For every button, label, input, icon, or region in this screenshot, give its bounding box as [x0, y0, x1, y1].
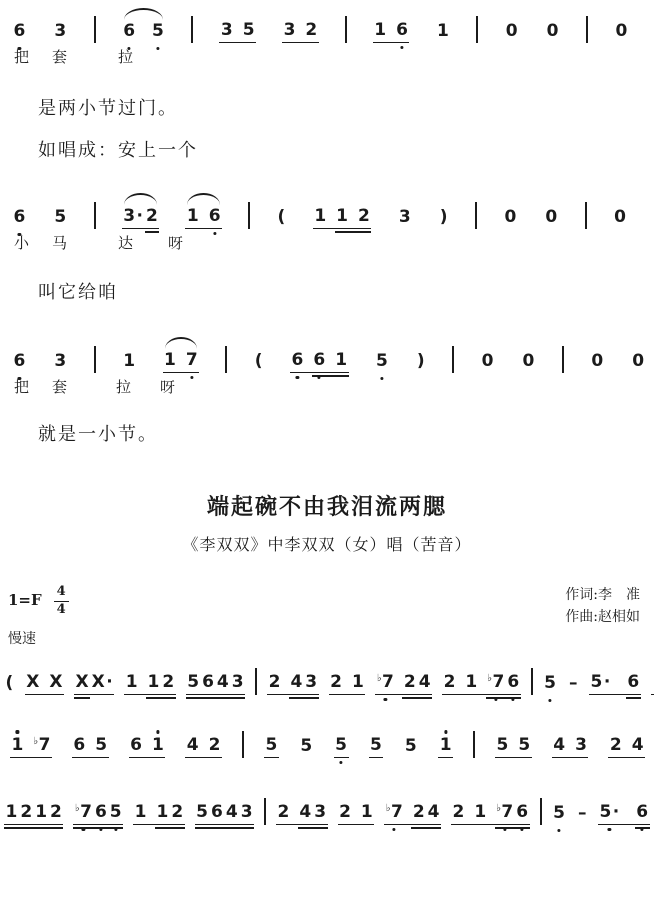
octave-dot-below — [384, 698, 387, 701]
note-number: ♭7 — [375, 674, 395, 691]
song-subtitle: 《李双双》中李双双（女）唱（苦音） — [0, 532, 654, 555]
beam-group: 21 — [338, 802, 375, 825]
note-number: 2 — [304, 22, 319, 39]
note-group: 5 — [53, 207, 68, 229]
note-glyph: 4 — [428, 802, 440, 822]
note-glyph: 5 — [591, 672, 603, 692]
note-glyph: 1 — [164, 350, 176, 370]
beam-group: 1 — [435, 21, 450, 43]
note-glyph: 6 — [73, 735, 85, 755]
note-number: 6 — [12, 209, 27, 226]
barline — [264, 798, 266, 825]
note-glyph: 1 — [314, 206, 326, 226]
note-group: 3·2 — [122, 206, 160, 229]
note-group: ) — [438, 207, 449, 229]
octave-dot-below — [494, 698, 497, 701]
note-glyph: 6 — [211, 802, 223, 822]
note-group: 243 — [267, 672, 319, 695]
time-signature-denominator: 4 — [57, 602, 66, 618]
note-number: ♭7 — [73, 804, 93, 821]
note-number: ) — [415, 353, 426, 370]
note-glyph: ) — [417, 351, 425, 371]
note-glyph: 4 — [419, 672, 431, 692]
note-number: 2 — [276, 804, 291, 821]
note-number: 5 — [299, 738, 314, 755]
note-glyph: 0 — [523, 351, 535, 371]
beam-group: ♭76 — [486, 672, 521, 695]
octave-dot-above — [444, 730, 447, 733]
note-group: ♭765 — [73, 802, 123, 825]
note-glyph: 6 — [292, 350, 304, 370]
barline — [94, 346, 96, 373]
note-number: 3 — [239, 804, 254, 821]
note-glyph: 5 — [497, 735, 509, 755]
beam-group: ) — [438, 207, 449, 229]
note-group: 5 — [543, 673, 558, 695]
time-signature-numerator: 4 — [54, 585, 69, 602]
note-number: 4 — [552, 737, 567, 754]
beam-group: 43 — [552, 735, 589, 758]
beam-group: 3 — [397, 207, 412, 229]
note-number: 5 — [552, 805, 567, 822]
note-number: 5 — [517, 737, 532, 754]
note-number: 5 — [369, 737, 384, 754]
note-glyph: 5 — [300, 736, 312, 756]
note-glyph: 5 — [95, 735, 107, 755]
beam-group: 5 — [375, 351, 390, 373]
note-group: ( — [253, 351, 264, 373]
octave-dot-below — [114, 828, 117, 831]
beam-group: 5· — [598, 802, 635, 825]
explanation-paragraph-2: 如唱成：安上一个 — [0, 136, 654, 162]
beam-group: 3· — [122, 206, 145, 229]
note-group: 0 — [521, 351, 536, 373]
note-number: 5 — [241, 22, 256, 39]
beam-group: 43 — [289, 672, 319, 695]
note-number: 5· — [589, 674, 612, 691]
note-glyph: 0 — [504, 207, 516, 227]
note-number: 1 — [185, 208, 200, 225]
beam-group: 0 — [614, 21, 629, 43]
intro-staff-3: 63117(6615)0000 — [0, 330, 654, 373]
note-number: 1 — [4, 804, 19, 821]
note-number: ) — [438, 209, 449, 226]
note-glyph: 2 — [20, 802, 32, 822]
note-glyph: 3 — [241, 802, 253, 822]
note-number: 2 — [442, 674, 457, 691]
note-group: 5 — [299, 736, 314, 758]
note-glyph: 2 — [209, 735, 221, 755]
note-glyph: 0 — [591, 351, 603, 371]
note-number: 7 — [184, 352, 199, 369]
note-group: 0 — [613, 207, 628, 229]
beam-group: 55 — [495, 735, 532, 758]
note-group: 1♭7 — [10, 735, 52, 758]
note-glyph: 1 — [361, 802, 373, 822]
note-group: 1 — [651, 672, 654, 695]
note-number: 4 — [630, 737, 645, 754]
note-glyph: 5 — [599, 802, 611, 822]
note-number: ♭7 — [32, 737, 52, 754]
beam-group: 2 — [145, 206, 160, 229]
note-glyph: 7 — [80, 802, 92, 822]
note-number: 4 — [185, 737, 200, 754]
note-glyph: 2 — [339, 802, 351, 822]
note-glyph: 3 — [232, 672, 244, 692]
note-glyph: 4 — [226, 802, 238, 822]
augmentation-dot: · — [613, 802, 619, 822]
note-number: 5 — [543, 675, 558, 692]
note-glyph: 7 — [391, 802, 403, 822]
note-number: 6 — [93, 804, 108, 821]
beam-group: 2 — [276, 802, 298, 825]
note-number: 6 — [12, 353, 27, 370]
beam-group: ( — [4, 673, 15, 695]
beam-group: 5 — [53, 207, 68, 229]
note-glyph: 1 — [6, 802, 18, 822]
note-glyph: 1 — [335, 350, 347, 370]
beam-group: 1212 — [4, 802, 63, 825]
note-number: ♭7 — [384, 804, 404, 821]
note-number: – — [576, 805, 588, 822]
beam-group: 1 — [124, 672, 146, 695]
note-glyph: 2 — [269, 672, 281, 692]
beam-group: ♭7 — [375, 672, 402, 695]
flat-icon: ♭ — [487, 673, 492, 684]
note-number: 2 — [161, 674, 176, 691]
note-number: 5· — [598, 804, 621, 821]
note-number: 2 — [145, 208, 160, 225]
beam-group: X — [74, 672, 90, 695]
note-glyph: 6 — [14, 207, 26, 227]
note-glyph: 3 — [305, 672, 317, 692]
note-number: 2 — [170, 804, 185, 821]
lyric-char: 呀 — [160, 376, 175, 397]
note-number: 1 — [335, 208, 350, 225]
note-group: 3 — [53, 351, 68, 373]
note-glyph: 6 — [507, 672, 519, 692]
note-number: 0 — [614, 23, 629, 40]
note-group: 5·6 — [589, 672, 641, 695]
note-glyph: 2 — [358, 206, 370, 226]
note-group: 1 — [122, 351, 137, 373]
beam-group: 61 — [312, 350, 349, 373]
beam-group: ♭76 — [495, 802, 530, 825]
note-glyph: 2 — [278, 802, 290, 822]
intro-lyrics-3: 把套拉呀 — [0, 376, 654, 398]
note-glyph: ) — [440, 207, 448, 227]
note-group: 5643 — [186, 672, 245, 695]
note-number: X — [25, 674, 41, 691]
beam-group: 0 — [521, 351, 536, 373]
note-number: 4 — [417, 674, 432, 691]
octave-dot-below — [557, 829, 560, 832]
note-glyph: 5 — [196, 802, 208, 822]
slur-arc — [187, 193, 220, 205]
note-glyph: X — [26, 672, 39, 692]
note-number: 6 — [72, 737, 87, 754]
note-number: 1 — [124, 674, 139, 691]
note-group: 32 — [282, 20, 319, 43]
lyric-char: 把 — [14, 46, 29, 67]
slur-arc — [124, 193, 158, 205]
lyric-char: 套 — [52, 46, 67, 67]
beam-group: 5643 — [195, 802, 254, 825]
note-number: 2 — [411, 804, 426, 821]
note-group: XX — [25, 672, 64, 695]
lyric-char: 马 — [52, 232, 67, 253]
barline — [531, 668, 533, 695]
augmentation-dot: · — [137, 206, 143, 226]
octave-dot-above — [16, 730, 19, 733]
note-number: 2 — [608, 737, 623, 754]
note-glyph: 7 — [492, 672, 504, 692]
barline — [586, 16, 588, 43]
augmentation-dot: · — [604, 672, 610, 692]
lyric-char: 套 — [52, 376, 67, 397]
note-glyph: 5 — [544, 673, 556, 693]
beam-group: ♭7 — [384, 802, 411, 825]
note-glyph: 0 — [482, 351, 494, 371]
song-staff-3: 1212♭765112564324321♭72421♭765–5·611 — [0, 782, 654, 825]
note-group: 5 — [264, 735, 279, 758]
note-number: ( — [276, 209, 287, 226]
beam-group: 3 — [53, 351, 68, 373]
note-number: 1 — [473, 804, 488, 821]
tempo-marking: 慢速 — [0, 628, 654, 648]
note-group: 65 — [72, 735, 109, 758]
key-signature-row: 1=F 4 4 作词:李 准 作曲:赵相如 — [0, 585, 654, 628]
note-number: 0 — [544, 209, 559, 226]
note-number: 3 — [313, 804, 328, 821]
note-glyph: 1 — [437, 21, 449, 41]
note-number: 5 — [186, 674, 201, 691]
note-number: 0 — [521, 353, 536, 370]
beam-group: ♭765 — [73, 802, 123, 825]
note-glyph: 6 — [627, 672, 639, 692]
note-group: 112 — [133, 802, 185, 825]
note-number: 5 — [495, 737, 510, 754]
note-number: 1 — [155, 804, 170, 821]
beam-group: 61 — [129, 735, 166, 758]
note-glyph: 5 — [335, 735, 347, 755]
note-number: 2 — [49, 804, 64, 821]
note-number: 2 — [267, 674, 282, 691]
note-glyph: 5 — [553, 803, 565, 823]
beam-group: 0 — [544, 207, 559, 229]
note-group: 0 — [545, 21, 560, 43]
note-glyph: X — [76, 672, 89, 692]
intro-lyrics-1: 把套拉 — [0, 46, 654, 68]
note-number: 3 — [397, 209, 412, 226]
note-glyph: 6 — [396, 20, 408, 40]
note-number: 6 — [395, 22, 410, 39]
note-glyph: 7 — [39, 735, 51, 755]
barline — [345, 16, 347, 43]
beam-group: 5· — [589, 672, 626, 695]
note-group: 21♭76 — [442, 672, 521, 695]
barline — [225, 346, 227, 373]
beam-group: 21 — [451, 802, 495, 825]
beam-group: XX — [25, 672, 64, 695]
note-glyph: 3 — [221, 20, 233, 40]
barline — [452, 346, 454, 373]
barline — [242, 731, 244, 758]
beam-group: 12 — [146, 672, 176, 695]
note-number: 0 — [480, 353, 495, 370]
note-glyph: 5 — [54, 207, 66, 227]
note-group: 5 — [552, 803, 567, 825]
note-number: 1 — [334, 352, 349, 369]
note-number: 2 — [207, 737, 222, 754]
note-number: 0 — [545, 23, 560, 40]
note-group: 1 — [438, 735, 453, 758]
note-glyph: 6 — [95, 802, 107, 822]
octave-dot-below — [99, 828, 102, 831]
note-number: 1 — [373, 22, 388, 39]
intro-lyrics-2: 小马达呀 — [0, 232, 654, 254]
song-staff-1: (XXXX·112564324321♭72421♭765–5·612 — [0, 652, 654, 695]
note-group: 21 — [338, 802, 375, 825]
note-glyph: 7 — [186, 350, 198, 370]
beam-group: 5 — [403, 736, 418, 758]
note-number: X — [48, 674, 64, 691]
beam-group: 42 — [185, 735, 222, 758]
note-glyph: 3 — [399, 207, 411, 227]
note-glyph: 2 — [146, 206, 158, 226]
note-glyph: 2 — [610, 735, 622, 755]
note-group: 35 — [219, 20, 256, 43]
note-number: 3 — [230, 674, 245, 691]
note-glyph: 6 — [14, 351, 26, 371]
beam-group: 24 — [411, 802, 441, 825]
note-glyph: 1 — [126, 672, 138, 692]
note-group: 6 — [12, 21, 27, 43]
beam-group: 5 — [369, 735, 384, 758]
note-number: 1 — [150, 737, 165, 754]
note-number: ( — [4, 675, 15, 692]
note-number: 1 — [133, 804, 148, 821]
sheet-music-page: { "colors": {"ink": "#1b1b1b", "backgrou… — [0, 0, 654, 916]
barline — [94, 16, 96, 43]
octave-dot-below — [512, 698, 515, 701]
key-signature: 1=F — [8, 585, 42, 609]
beam-group: 0 — [631, 351, 646, 373]
note-glyph: 5 — [370, 735, 382, 755]
intro-staff-2: 653·216(1123)0000 — [0, 186, 654, 229]
beam-group: 6 — [290, 350, 312, 373]
octave-dot-below — [503, 828, 506, 831]
lyric-char: 达 — [118, 232, 133, 253]
note-group: 24 — [608, 735, 645, 758]
beam-group: 5 — [334, 735, 349, 758]
note-number: 6 — [515, 804, 530, 821]
note-number: 6 — [122, 23, 137, 40]
barline — [562, 346, 564, 373]
octave-dot-above — [156, 730, 159, 733]
slur-arc — [165, 337, 198, 349]
note-number: 4 — [298, 804, 313, 821]
note-number: 3 — [53, 353, 68, 370]
note-number: ( — [253, 353, 264, 370]
beam-group: 0 — [503, 207, 518, 229]
beam-group: 0 — [545, 21, 560, 43]
note-group: 243 — [276, 802, 328, 825]
note-number: 4 — [224, 804, 239, 821]
beam-group: 5 — [264, 735, 279, 758]
beam-group: 5 — [543, 673, 558, 695]
note-glyph: 3 — [54, 351, 66, 371]
beam-group: 2 — [267, 672, 289, 695]
beam-group: 21 — [442, 672, 486, 695]
lyric-char: 呀 — [168, 232, 183, 253]
note-group: 112 — [124, 672, 176, 695]
note-number: 3 — [219, 22, 234, 39]
note-number: 5 — [94, 737, 109, 754]
octave-dot-below — [393, 828, 396, 831]
note-group: 17 — [163, 350, 200, 373]
note-glyph: 5 — [152, 21, 164, 41]
beam-group: 3 — [53, 21, 68, 43]
beam-group: – — [576, 803, 588, 825]
note-glyph: – — [569, 673, 578, 693]
octave-dot-below — [548, 699, 551, 702]
beam-group: ( — [253, 351, 264, 373]
note-glyph: 4 — [553, 735, 565, 755]
beam-group: 6 — [626, 672, 641, 695]
note-glyph: 0 — [547, 21, 559, 41]
note-number: 3 — [304, 674, 319, 691]
note-glyph: 4 — [290, 672, 302, 692]
note-glyph: 7 — [501, 802, 513, 822]
beam-group: ) — [415, 351, 426, 373]
note-number: 2 — [402, 674, 417, 691]
beam-group: 5 — [552, 803, 567, 825]
barline — [585, 202, 587, 229]
beam-group: 16 — [373, 20, 410, 43]
beam-group: 12 — [155, 802, 185, 825]
flat-icon: ♭ — [377, 673, 382, 684]
note-group: 16 — [373, 20, 410, 43]
note-number: 1 — [464, 674, 479, 691]
note-glyph: 4 — [217, 672, 229, 692]
flat-icon: ♭ — [386, 803, 391, 814]
note-glyph: 1 — [374, 20, 386, 40]
note-group: – — [568, 673, 580, 695]
note-number: 2 — [338, 804, 353, 821]
beam-group: 0 — [590, 351, 605, 373]
beam-group: 12 — [335, 206, 372, 229]
beam-group: 0 — [504, 21, 519, 43]
barline — [248, 202, 250, 229]
note-glyph: 1 — [12, 735, 24, 755]
note-glyph: 5 — [405, 736, 417, 756]
explanation-paragraph-1: 是两小节过门。 — [0, 94, 654, 120]
note-glyph: 5 — [518, 735, 530, 755]
explanation-paragraph-3: 叫它给咱 — [0, 278, 654, 304]
note-glyph: 2 — [162, 672, 174, 692]
note-group: 5·6 — [598, 802, 650, 825]
note-glyph: 3 — [314, 802, 326, 822]
note-group: 42 — [185, 735, 222, 758]
note-number: 6 — [12, 23, 27, 40]
note-glyph: 3 — [284, 20, 296, 40]
note-glyph: 2 — [330, 672, 342, 692]
beam-group: 65 — [122, 21, 166, 43]
beam-group: 24 — [402, 672, 432, 695]
note-group: 65 — [122, 21, 166, 43]
barline — [191, 16, 193, 43]
